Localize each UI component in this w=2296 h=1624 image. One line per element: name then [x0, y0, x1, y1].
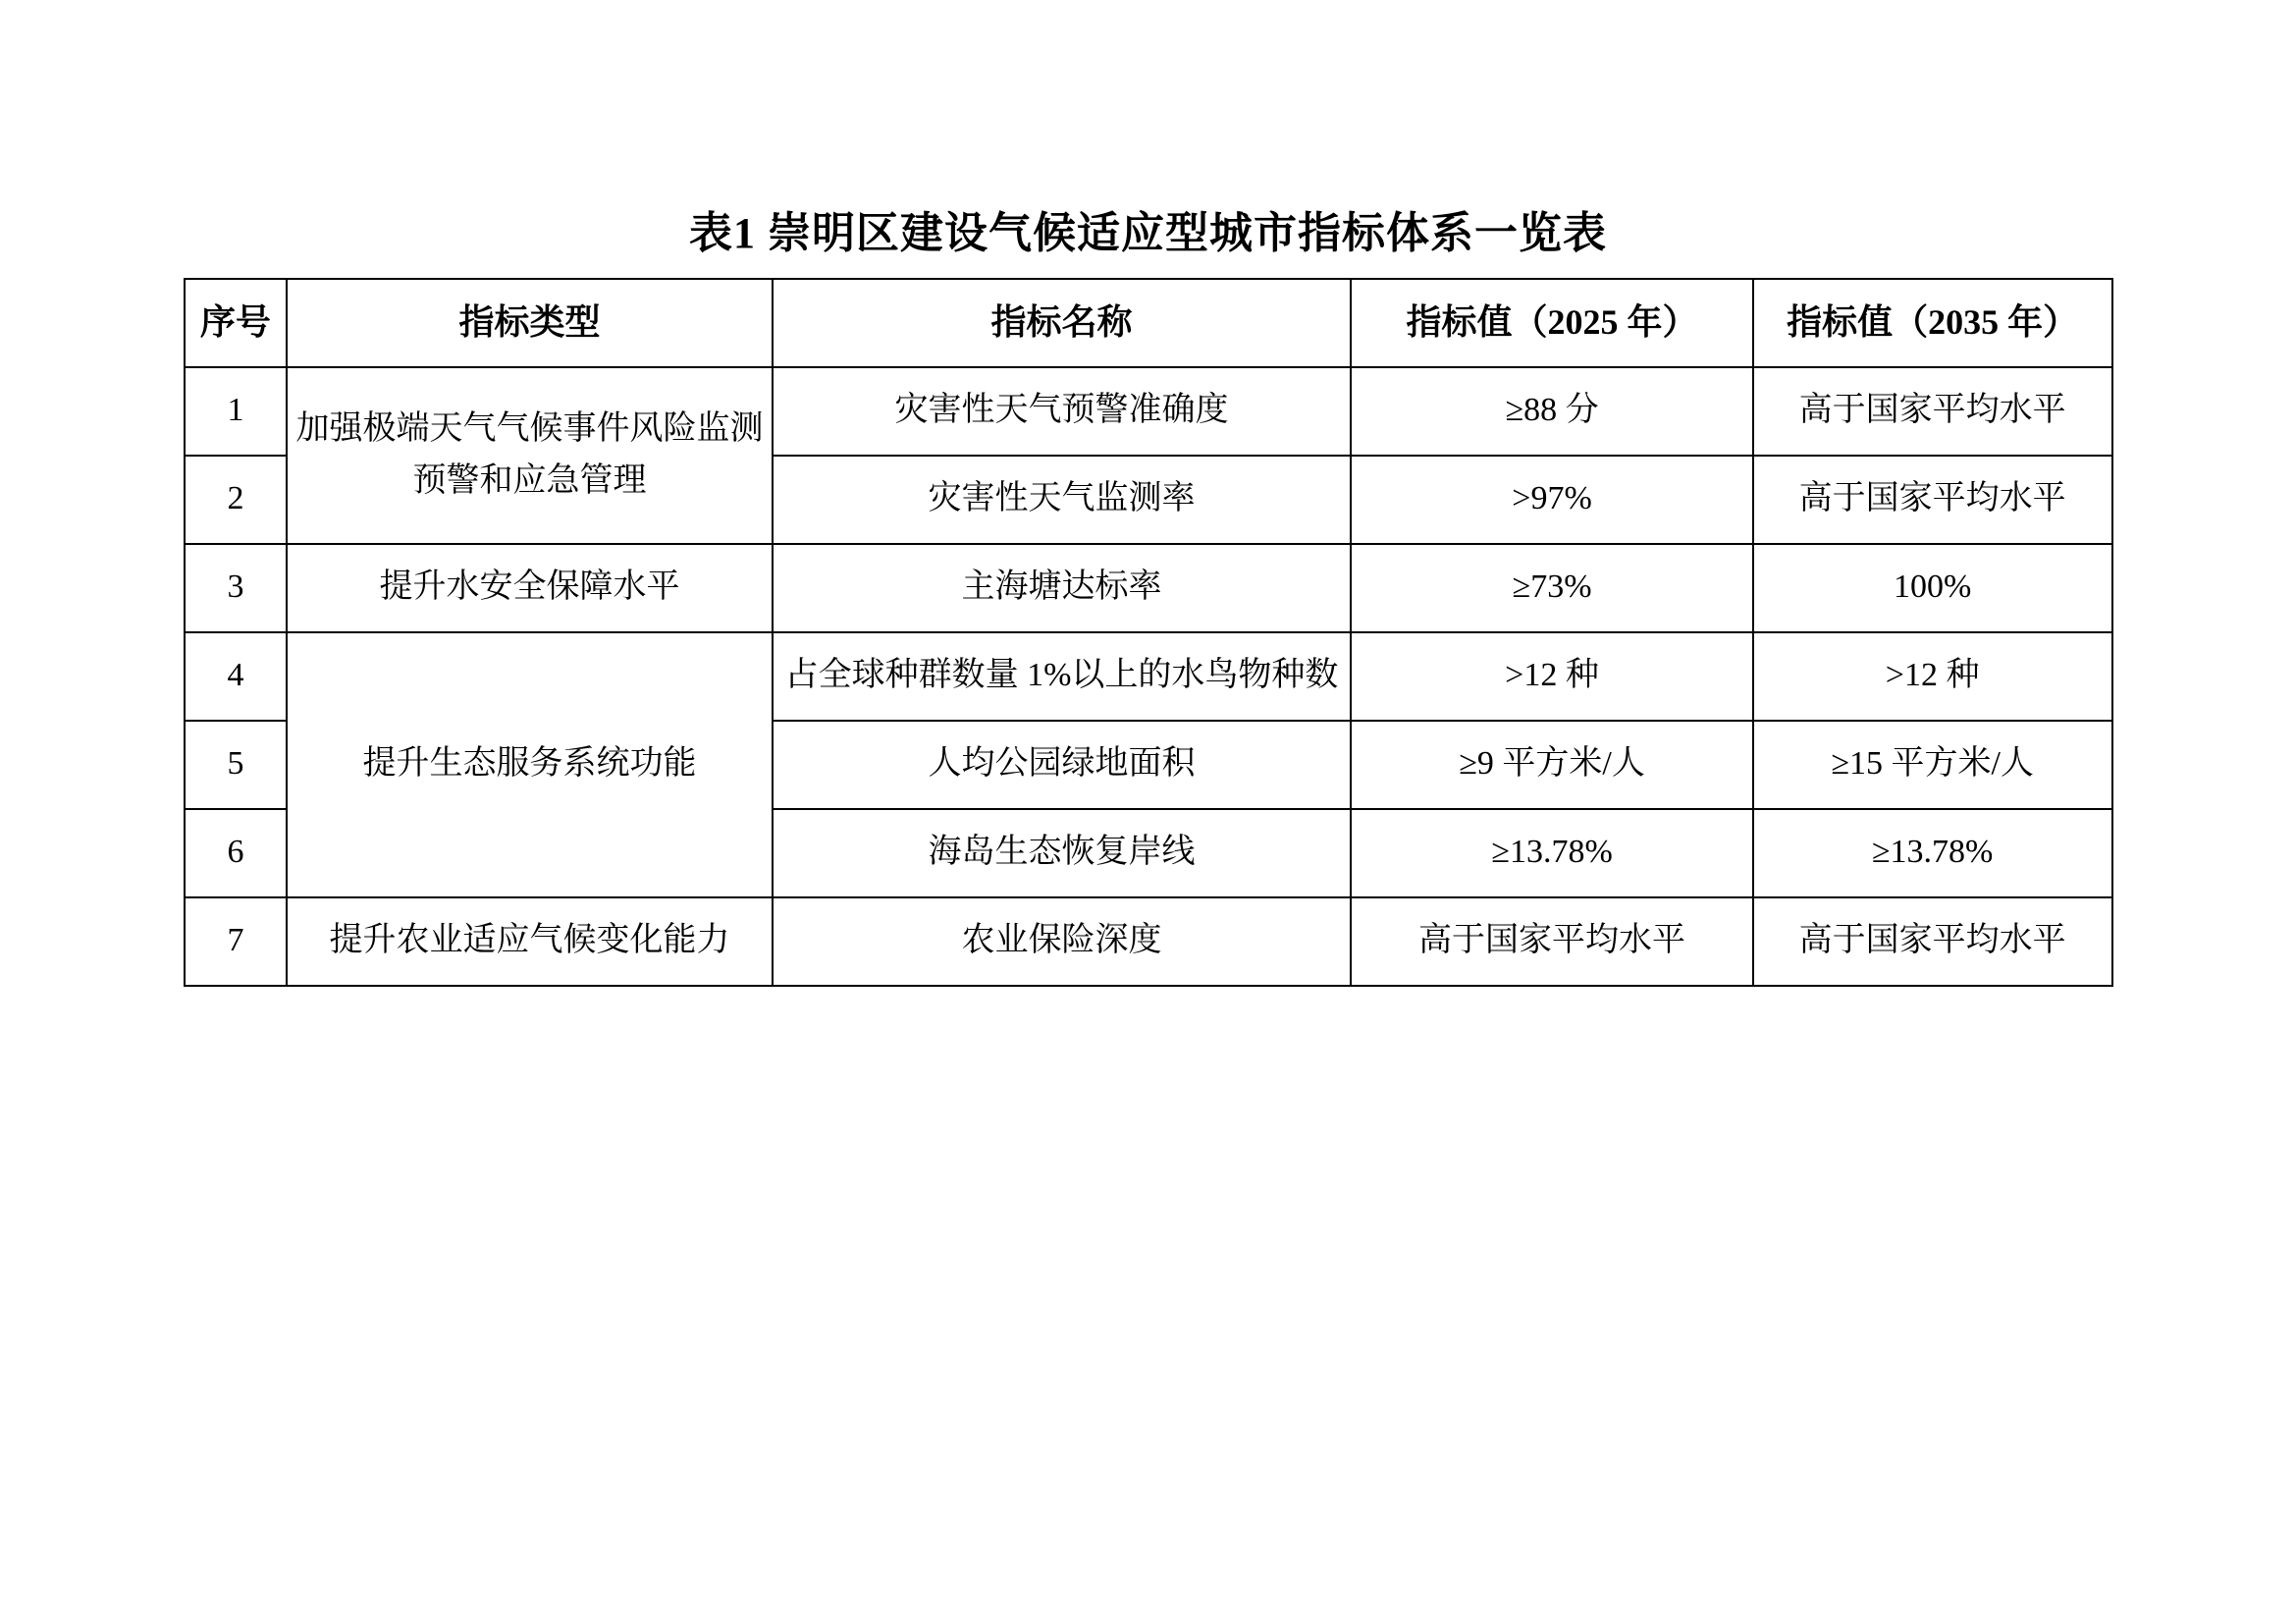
table-row: 3 提升水安全保障水平 主海塘达标率 ≥73% 100% — [185, 544, 2112, 632]
table-row: 4 提升生态服务系统功能 占全球种群数量 1%以上的水鸟物种数 >12 种 >1… — [185, 632, 2112, 721]
indicator-name-cell: 主海塘达标率 — [773, 544, 1352, 632]
indicator-type-cell: 提升水安全保障水平 — [287, 544, 772, 632]
document-page: 表1 崇明区建设气候适应型城市指标体系一览表 序号 指标类型 指标名称 指标值（… — [0, 0, 2296, 1624]
value-2025-cell: ≥88 分 — [1351, 367, 1752, 456]
value-2035-cell: 高于国家平均水平 — [1753, 367, 2112, 456]
value-2035-cell: ≥13.78% — [1753, 809, 2112, 897]
value-2025-cell: >12 种 — [1351, 632, 1752, 721]
col-header-v2035: 指标值（2035 年） — [1753, 279, 2112, 367]
value-2035-cell: >12 种 — [1753, 632, 2112, 721]
row-number-cell: 4 — [185, 632, 288, 721]
col-header-no: 序号 — [185, 279, 288, 367]
value-2025-cell: ≥13.78% — [1351, 809, 1752, 897]
table-row: 7 提升农业适应气候变化能力 农业保险深度 高于国家平均水平 高于国家平均水平 — [185, 897, 2112, 986]
indicator-table: 序号 指标类型 指标名称 指标值（2025 年） 指标值（2035 年） 1 加… — [184, 278, 2113, 987]
col-header-type: 指标类型 — [287, 279, 772, 367]
indicator-name-cell: 海岛生态恢复岸线 — [773, 809, 1352, 897]
value-2035-cell: 高于国家平均水平 — [1753, 456, 2112, 544]
row-number-cell: 1 — [185, 367, 288, 456]
indicator-type-cell: 加强极端天气气候事件风险监测预警和应急管理 — [287, 367, 772, 544]
value-2025-cell: ≥73% — [1351, 544, 1752, 632]
indicator-name-cell: 人均公园绿地面积 — [773, 721, 1352, 809]
value-2025-cell: >97% — [1351, 456, 1752, 544]
table-title: 表1 崇明区建设气候适应型城市指标体系一览表 — [184, 208, 2113, 260]
indicator-name-cell: 灾害性天气监测率 — [773, 456, 1352, 544]
indicator-type-cell: 提升农业适应气候变化能力 — [287, 897, 772, 986]
value-2035-cell: ≥15 平方米/人 — [1753, 721, 2112, 809]
value-2035-cell: 100% — [1753, 544, 2112, 632]
row-number-cell: 5 — [185, 721, 288, 809]
value-2025-cell: 高于国家平均水平 — [1351, 897, 1752, 986]
table-row: 1 加强极端天气气候事件风险监测预警和应急管理 灾害性天气预警准确度 ≥88 分… — [185, 367, 2112, 456]
row-number-cell: 2 — [185, 456, 288, 544]
header-row: 序号 指标类型 指标名称 指标值（2025 年） 指标值（2035 年） — [185, 279, 2112, 367]
value-2025-cell: ≥9 平方米/人 — [1351, 721, 1752, 809]
indicator-type-cell: 提升生态服务系统功能 — [287, 632, 772, 897]
row-number-cell: 6 — [185, 809, 288, 897]
value-2035-cell: 高于国家平均水平 — [1753, 897, 2112, 986]
indicator-name-cell: 灾害性天气预警准确度 — [773, 367, 1352, 456]
row-number-cell: 7 — [185, 897, 288, 986]
col-header-name: 指标名称 — [773, 279, 1352, 367]
indicator-name-cell: 占全球种群数量 1%以上的水鸟物种数 — [773, 632, 1352, 721]
indicator-name-cell: 农业保险深度 — [773, 897, 1352, 986]
row-number-cell: 3 — [185, 544, 288, 632]
col-header-v2025: 指标值（2025 年） — [1351, 279, 1752, 367]
